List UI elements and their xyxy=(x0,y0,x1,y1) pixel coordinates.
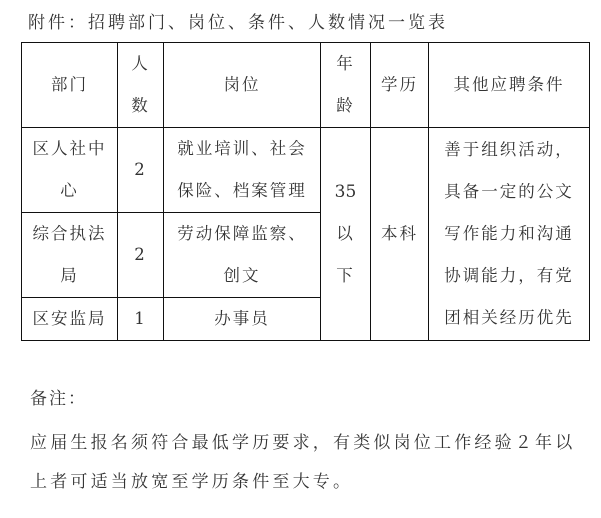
cell-education: 本科 xyxy=(371,128,429,341)
position-line2: 保险、档案管理 xyxy=(164,170,320,212)
cell-age: 35以下 xyxy=(321,128,371,341)
header-count-line2: 数 xyxy=(118,85,163,127)
position-line2: 创文 xyxy=(164,255,320,297)
other-line: 协调能力，有党 xyxy=(429,255,589,297)
other-line: 写作能力和沟通 xyxy=(429,213,589,255)
cell-count: 1 xyxy=(118,298,164,341)
other-line: 善于组织活动， xyxy=(429,129,589,171)
cell-other: 善于组织活动， 具备一定的公文 写作能力和沟通 协调能力，有党 团相关经历优先 xyxy=(429,128,590,341)
header-other: 其他应聘条件 xyxy=(429,43,590,128)
cell-dept: 综合执法局 xyxy=(22,213,118,298)
cell-position: 办事员 xyxy=(164,298,321,341)
document-title: 附件：招聘部门、岗位、条件、人数情况一览表 xyxy=(28,8,448,33)
header-count: 人数 xyxy=(118,43,164,128)
position-line1: 劳动保障监察、 xyxy=(164,213,320,255)
cell-position: 就业培训、社会保险、档案管理 xyxy=(164,128,321,213)
age-line2: 以 xyxy=(321,213,370,255)
header-age: 年龄 xyxy=(321,43,371,128)
cell-count: 2 xyxy=(118,213,164,298)
header-age-line1: 年 xyxy=(321,43,370,85)
position-line1: 就业培训、社会 xyxy=(164,128,320,170)
dept-line2: 局 xyxy=(22,255,117,297)
header-count-line1: 人 xyxy=(118,43,163,85)
other-line: 团相关经历优先 xyxy=(429,297,589,339)
dept-line1: 区人社中 xyxy=(22,128,117,170)
table-header-row: 部门 人数 岗位 年龄 学历 其他应聘条件 xyxy=(22,43,590,128)
header-education: 学历 xyxy=(371,43,429,128)
notes-label: 备注： xyxy=(30,384,87,409)
cell-dept: 区安监局 xyxy=(22,298,118,341)
other-line: 具备一定的公文 xyxy=(429,171,589,213)
cell-count: 2 xyxy=(118,128,164,213)
header-dept: 部门 xyxy=(22,43,118,128)
age-line3: 下 xyxy=(321,255,370,297)
recruitment-table: 部门 人数 岗位 年龄 学历 其他应聘条件 区人社中心 2 就业培训、社会保险、… xyxy=(21,42,590,341)
header-position: 岗位 xyxy=(164,43,321,128)
age-line1: 35 xyxy=(321,171,370,213)
cell-dept: 区人社中心 xyxy=(22,128,118,213)
header-age-line2: 龄 xyxy=(321,85,370,127)
dept-line2: 心 xyxy=(22,170,117,212)
cell-position: 劳动保障监察、创文 xyxy=(164,213,321,298)
notes-text: 应届生报名须符合最低学历要求，有类似岗位工作经验２年以上者可适当放宽至学历条件至… xyxy=(30,424,595,502)
table-row: 区人社中心 2 就业培训、社会保险、档案管理 35以下 本科 善于组织活动， 具… xyxy=(22,128,590,213)
dept-line1: 综合执法 xyxy=(22,213,117,255)
